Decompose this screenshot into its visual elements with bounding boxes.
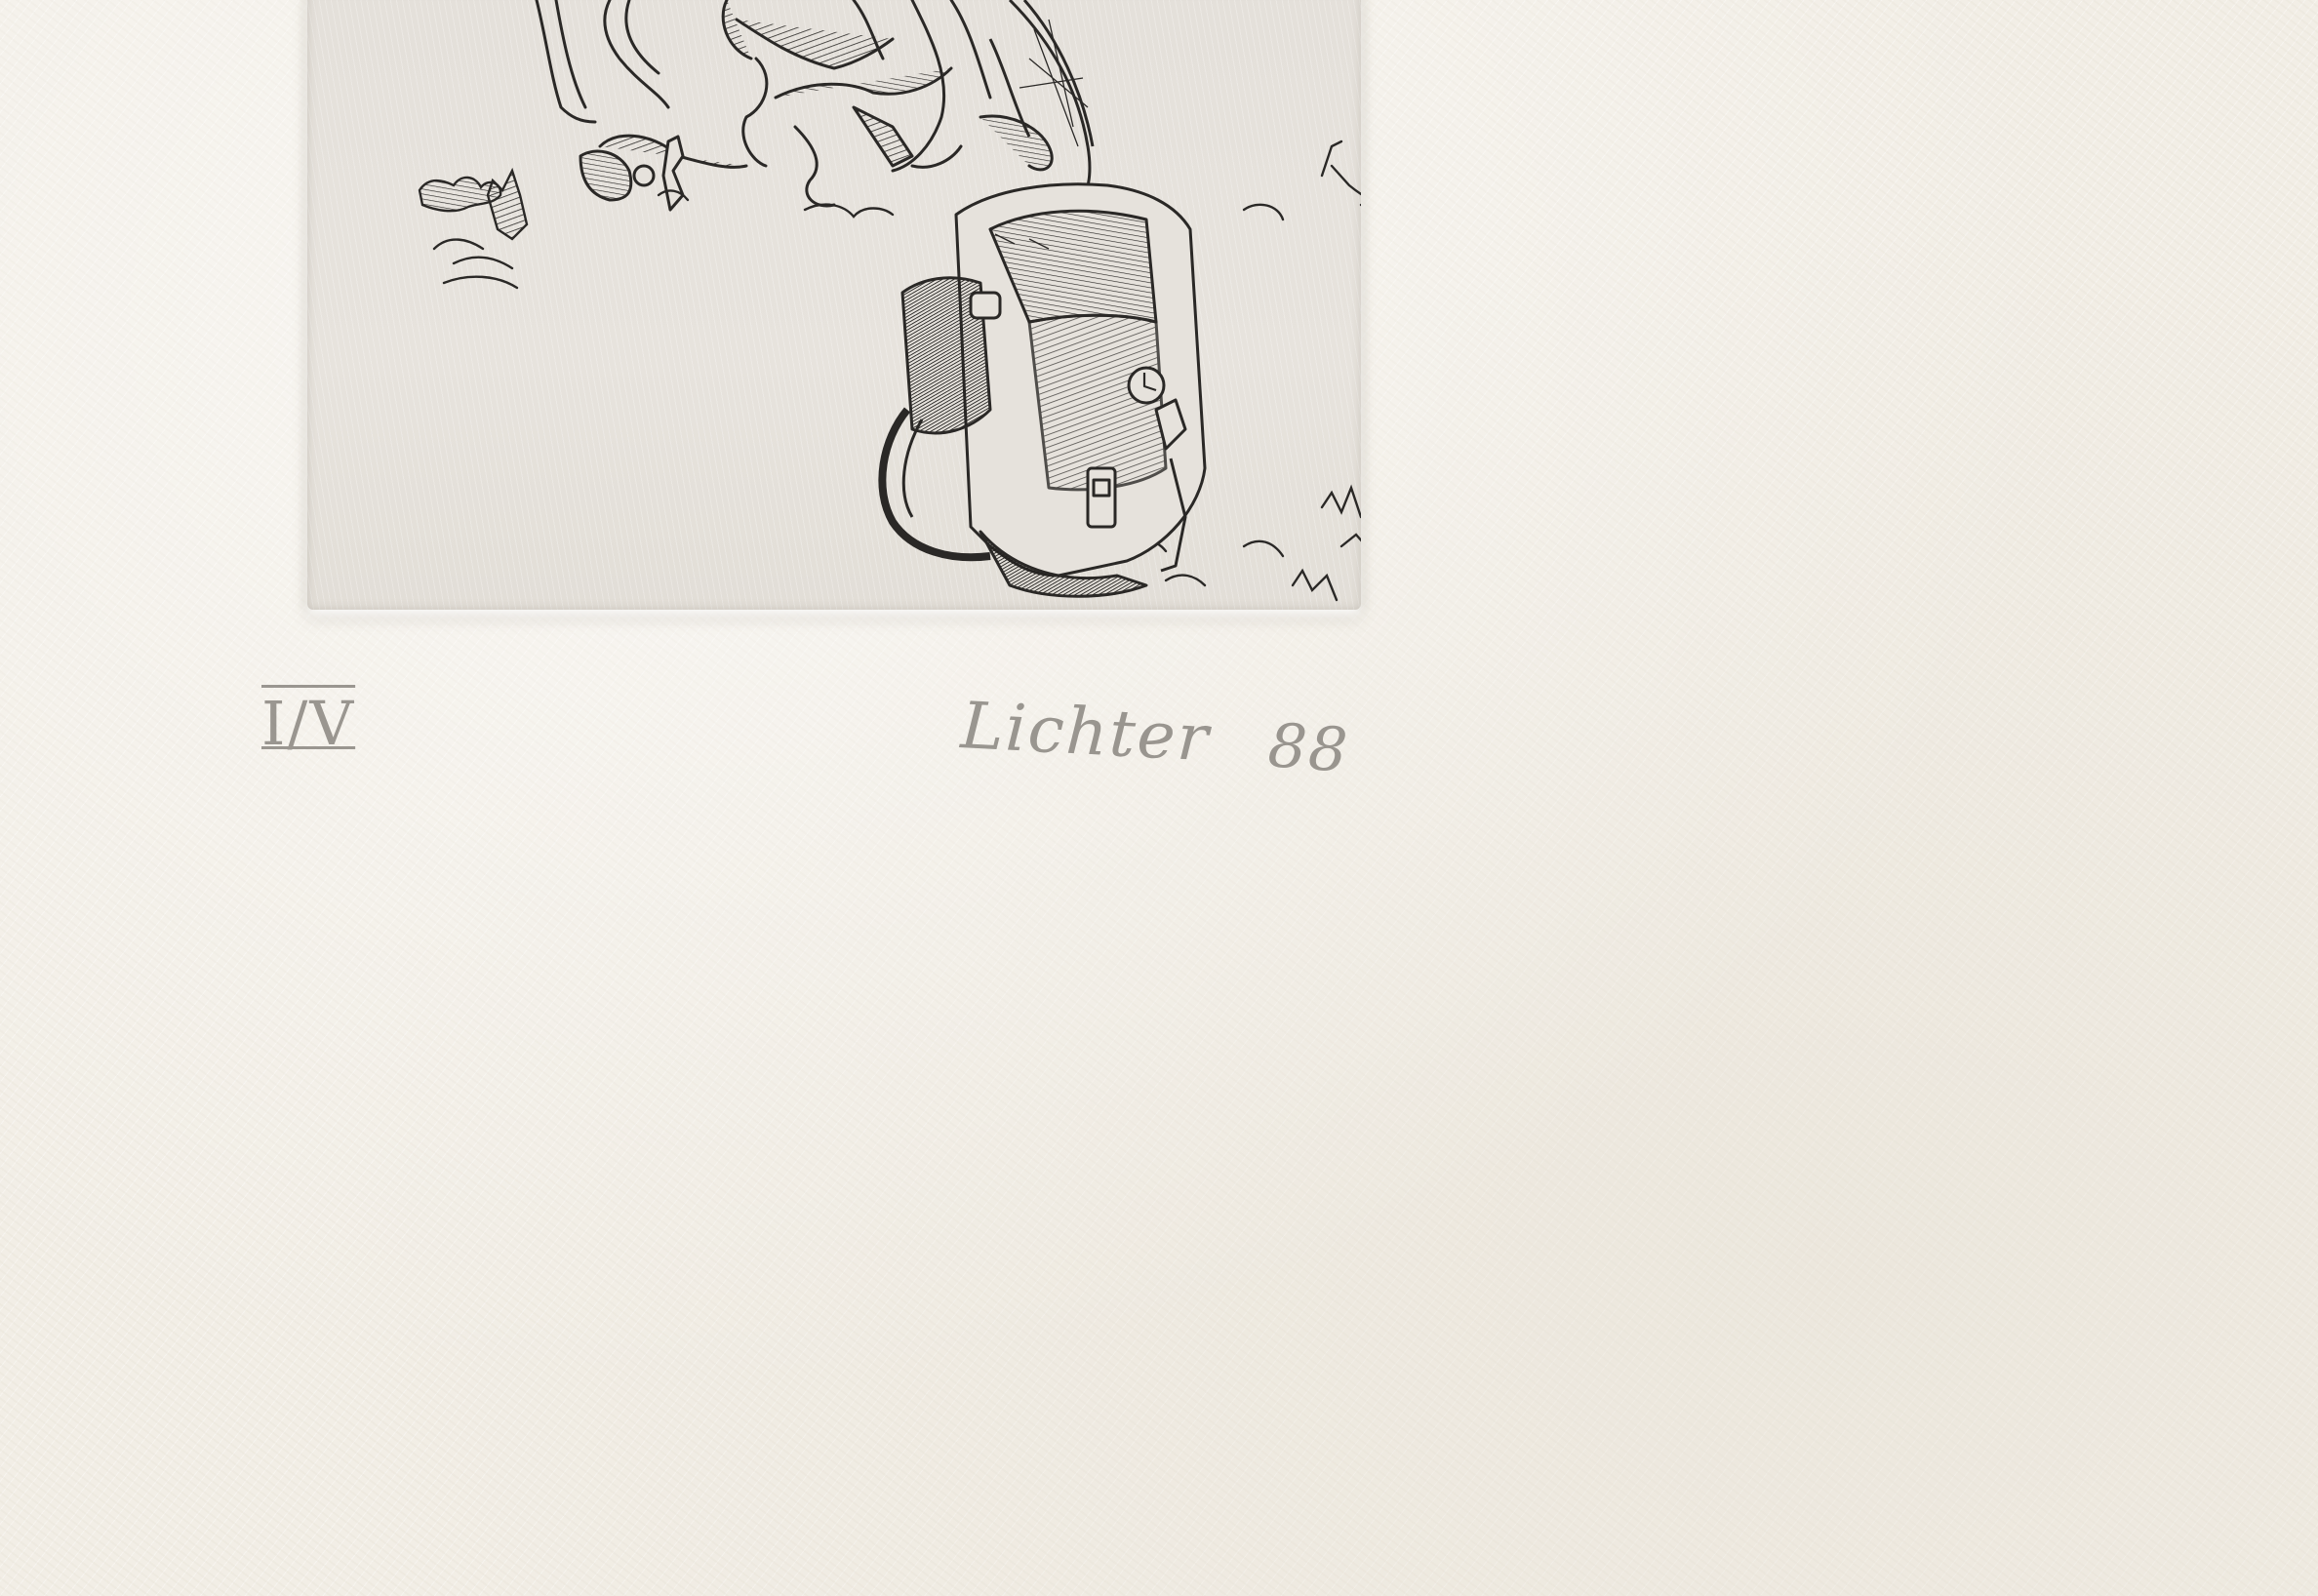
paper-sheet: I/V Lichter 88 xyxy=(0,0,2318,1596)
bicycle-wheel xyxy=(990,0,1093,205)
etching-illustration xyxy=(307,0,1361,610)
tree-roots xyxy=(537,0,1052,210)
artist-signature: Lichter xyxy=(959,688,1212,776)
satchel xyxy=(882,184,1205,597)
signature-year: 88 xyxy=(1266,709,1352,786)
edition-number: I/V xyxy=(261,688,355,759)
grass-tufts xyxy=(420,141,1361,600)
